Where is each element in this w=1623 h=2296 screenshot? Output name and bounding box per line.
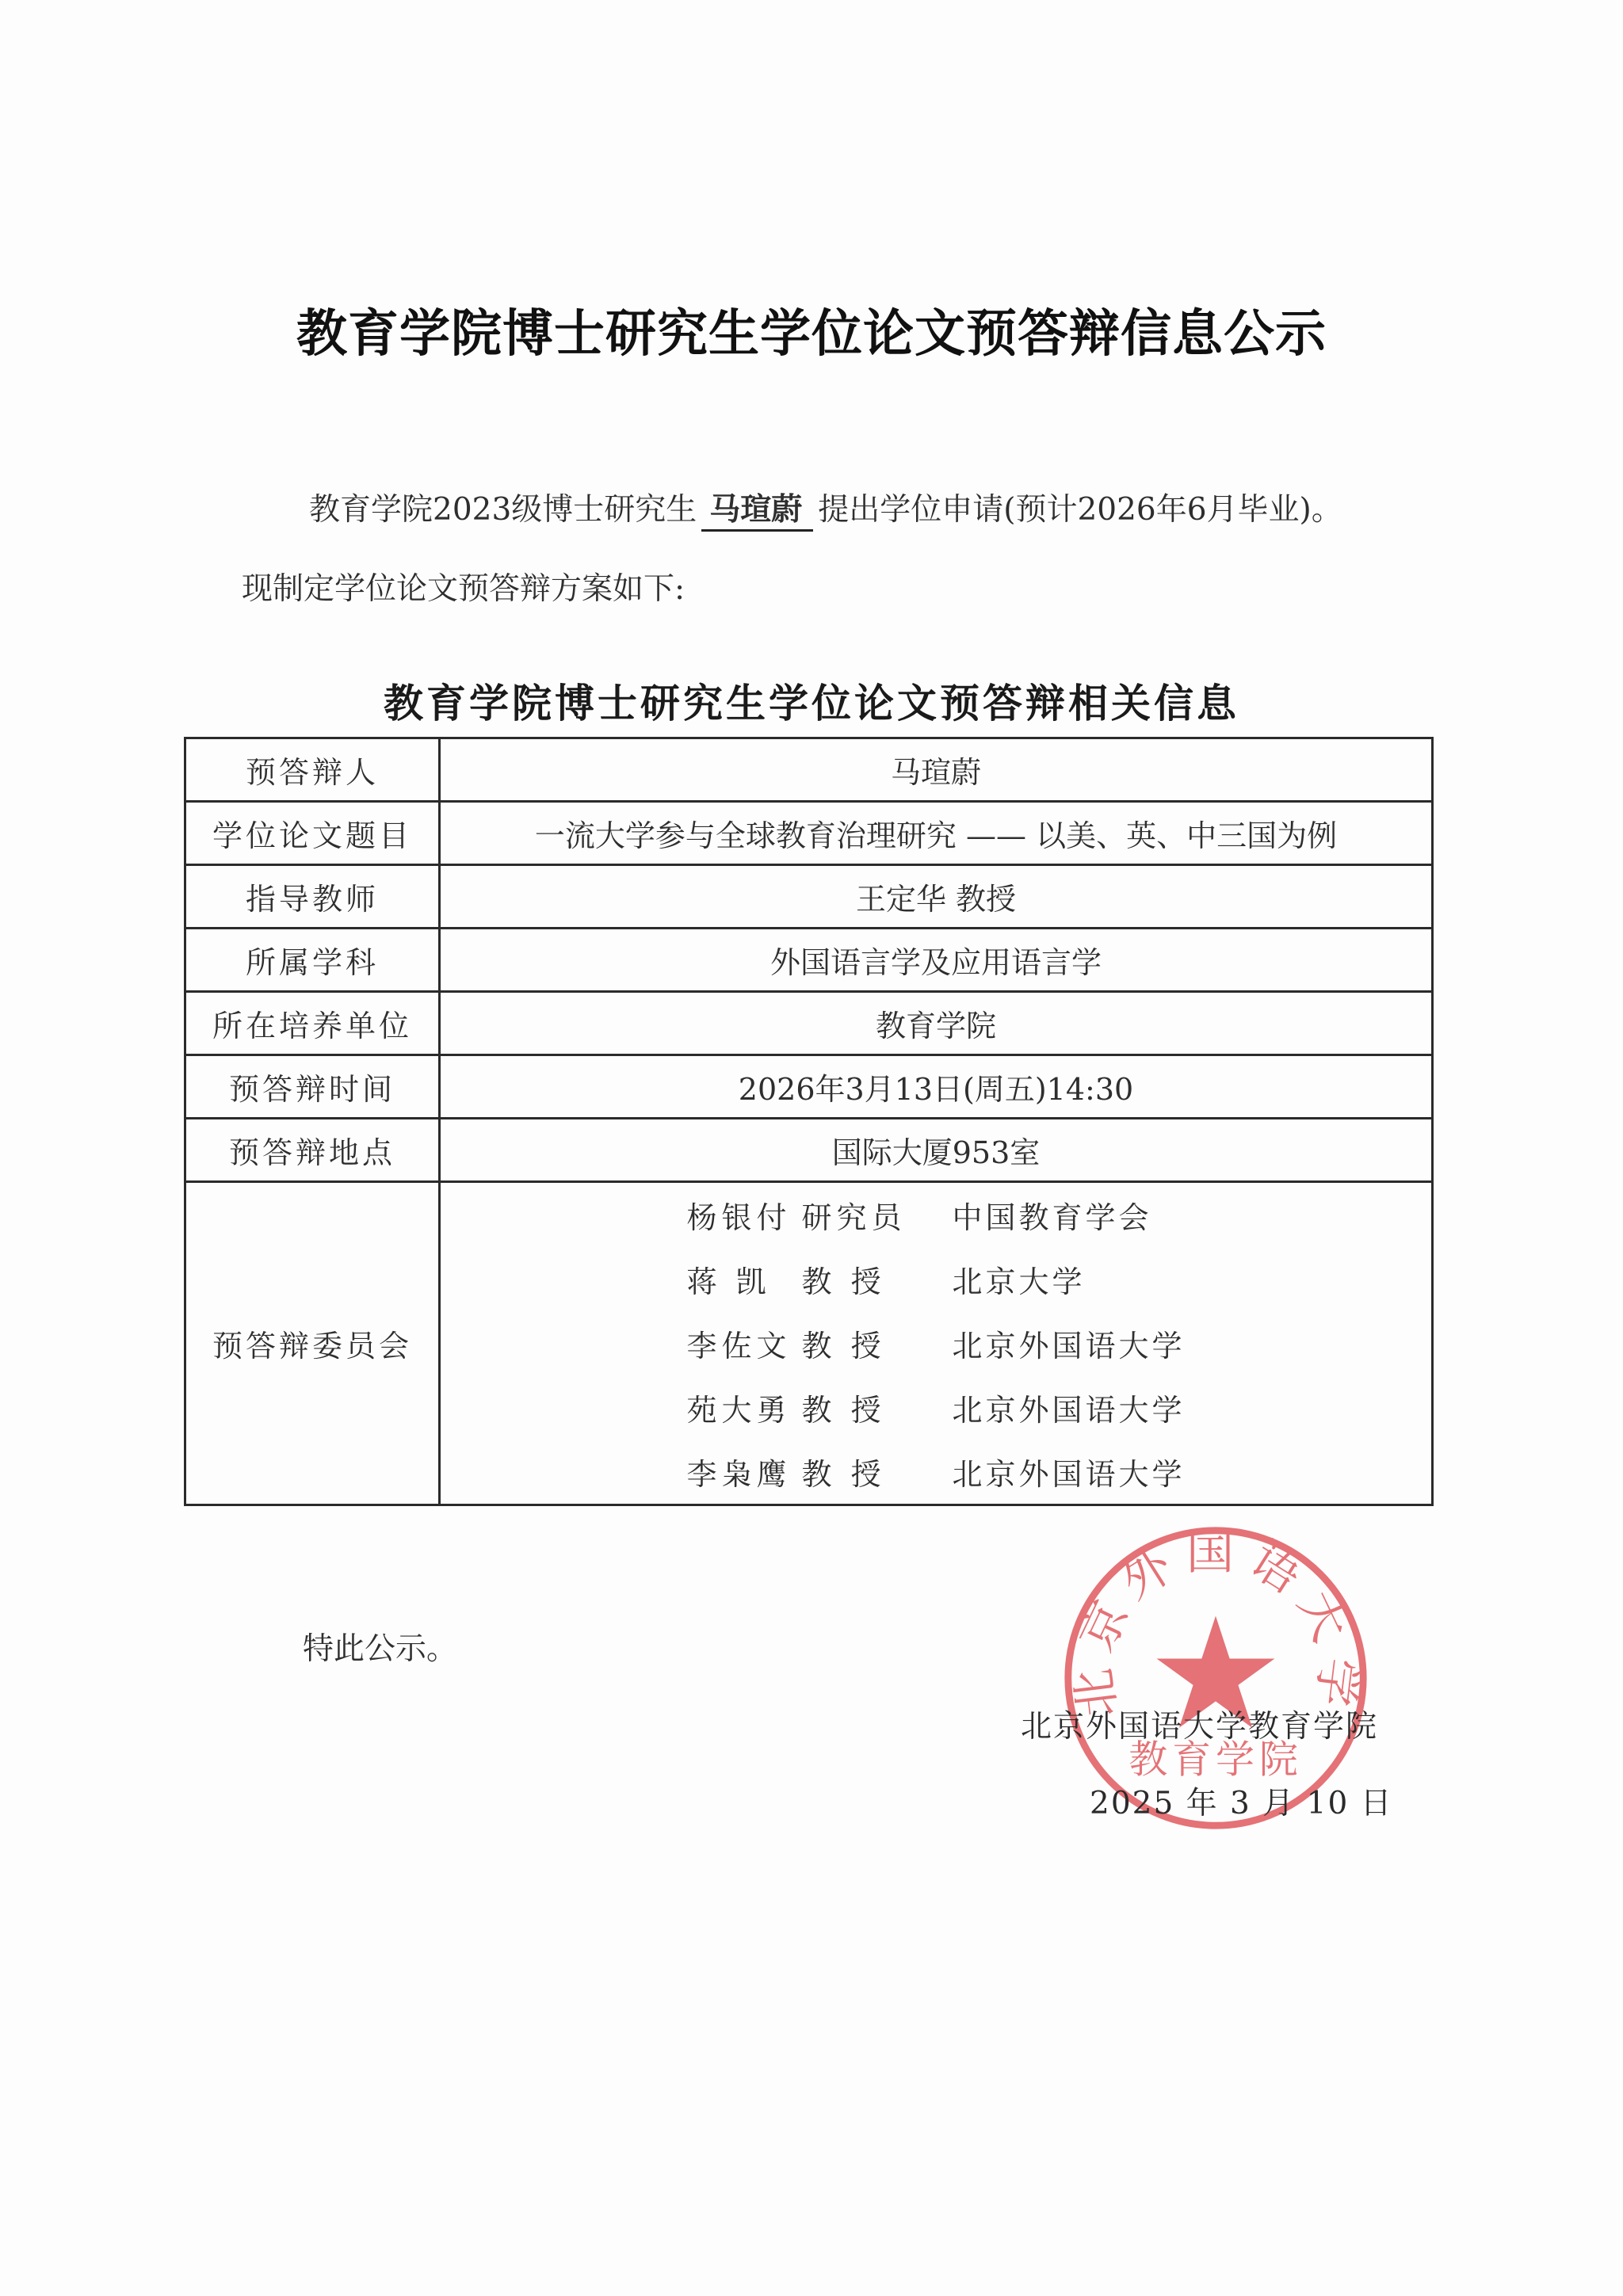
committee-member: 蒋 凯 教 授 北京大学 [686, 1247, 1185, 1311]
row-value: 一流大学参与全球教育治理研究 —— 以美、英、中三国为例 [440, 802, 1433, 865]
row-label: 学位论文题目 [185, 802, 440, 865]
table-row: 所属学科 外国语言学及应用语言学 [185, 929, 1433, 992]
member-title: 研究员 [801, 1193, 952, 1237]
closing-notice: 特此公示。 [303, 1624, 457, 1669]
committee-member: 苑大勇 教 授 北京外国语大学 [686, 1375, 1185, 1440]
row-label: 所在培养单位 [185, 992, 440, 1055]
table-row: 预答辩时间 2026年3月13日(周五)14:30 [185, 1055, 1433, 1119]
student-name: 马瑄蔚 [701, 485, 813, 532]
member-org: 北京外国语大学 [952, 1450, 1185, 1493]
table-row: 预答辩人 马瑄蔚 [185, 738, 1433, 802]
committee-member: 李佐文 教 授 北京外国语大学 [686, 1311, 1185, 1375]
committee-label: 预答辩委员会 [185, 1182, 440, 1505]
page-title: 教育学院博士研究生学位论文预答辩信息公示 [0, 293, 1623, 366]
member-title: 教 授 [801, 1257, 952, 1301]
member-name: 蒋 凯 [686, 1257, 801, 1301]
member-org: 中国教育学会 [952, 1193, 1151, 1237]
committee-member: 杨银付 研究员 中国教育学会 [686, 1183, 1185, 1247]
member-org: 北京大学 [952, 1257, 1085, 1301]
row-value: 王定华 教授 [440, 865, 1433, 929]
committee-members: 杨银付 研究员 中国教育学会 蒋 凯 教 授 北京大学 李佐文 教 授 北京外国… [440, 1182, 1433, 1505]
table-row: 学位论文题目 一流大学参与全球教育治理研究 —— 以美、英、中三国为例 [185, 802, 1433, 865]
row-label: 预答辩地点 [185, 1119, 440, 1182]
committee-row: 预答辩委员会 杨银付 研究员 中国教育学会 蒋 凯 教 授 北京大学 李佐文 教… [185, 1182, 1433, 1505]
table-row: 指导教师 王定华 教授 [185, 865, 1433, 929]
member-title: 教 授 [801, 1386, 952, 1429]
intro-suffix: 提出学位申请(预计2026年6月毕业)。 [818, 492, 1342, 528]
member-org: 北京外国语大学 [952, 1386, 1185, 1429]
issuer-signature: 北京外国语大学教育学院 [1021, 1702, 1378, 1746]
table-row: 所在培养单位 教育学院 [185, 992, 1433, 1055]
row-label: 预答辩时间 [185, 1055, 440, 1119]
row-value: 外国语言学及应用语言学 [440, 929, 1433, 992]
row-value: 马瑄蔚 [440, 738, 1433, 802]
intro-line-2: 现制定学位论文预答辩方案如下: [242, 564, 685, 608]
row-value: 2026年3月13日(周五)14:30 [440, 1055, 1433, 1119]
member-name: 李佐文 [686, 1322, 801, 1365]
row-label: 预答辩人 [185, 738, 440, 802]
intro-paragraph: 教育学院2023级博士研究生马瑄蔚提出学位申请(预计2026年6月毕业)。 [309, 485, 1342, 532]
member-name: 苑大勇 [686, 1386, 801, 1429]
member-title: 教 授 [801, 1322, 952, 1365]
row-label: 指导教师 [185, 865, 440, 929]
row-value: 教育学院 [440, 992, 1433, 1055]
defense-info-table: 预答辩人 马瑄蔚 学位论文题目 一流大学参与全球教育治理研究 —— 以美、英、中… [184, 737, 1434, 1506]
table-title: 教育学院博士研究生学位论文预答辩相关信息 [0, 672, 1623, 729]
member-title: 教 授 [801, 1450, 952, 1493]
intro-prefix: 教育学院2023级博士研究生 [309, 492, 697, 528]
row-value: 国际大厦953室 [440, 1119, 1433, 1182]
member-org: 北京外国语大学 [952, 1322, 1185, 1365]
table-row: 预答辩地点 国际大厦953室 [185, 1119, 1433, 1182]
member-name: 杨银付 [686, 1193, 801, 1237]
committee-member: 李枭鹰 教 授 北京外国语大学 [686, 1440, 1185, 1504]
committee-list: 杨银付 研究员 中国教育学会 蒋 凯 教 授 北京大学 李佐文 教 授 北京外国… [686, 1183, 1185, 1504]
member-name: 李枭鹰 [686, 1450, 801, 1493]
row-label: 所属学科 [185, 929, 440, 992]
issue-date: 2025 年 3 月 10 日 [1090, 1779, 1393, 1823]
